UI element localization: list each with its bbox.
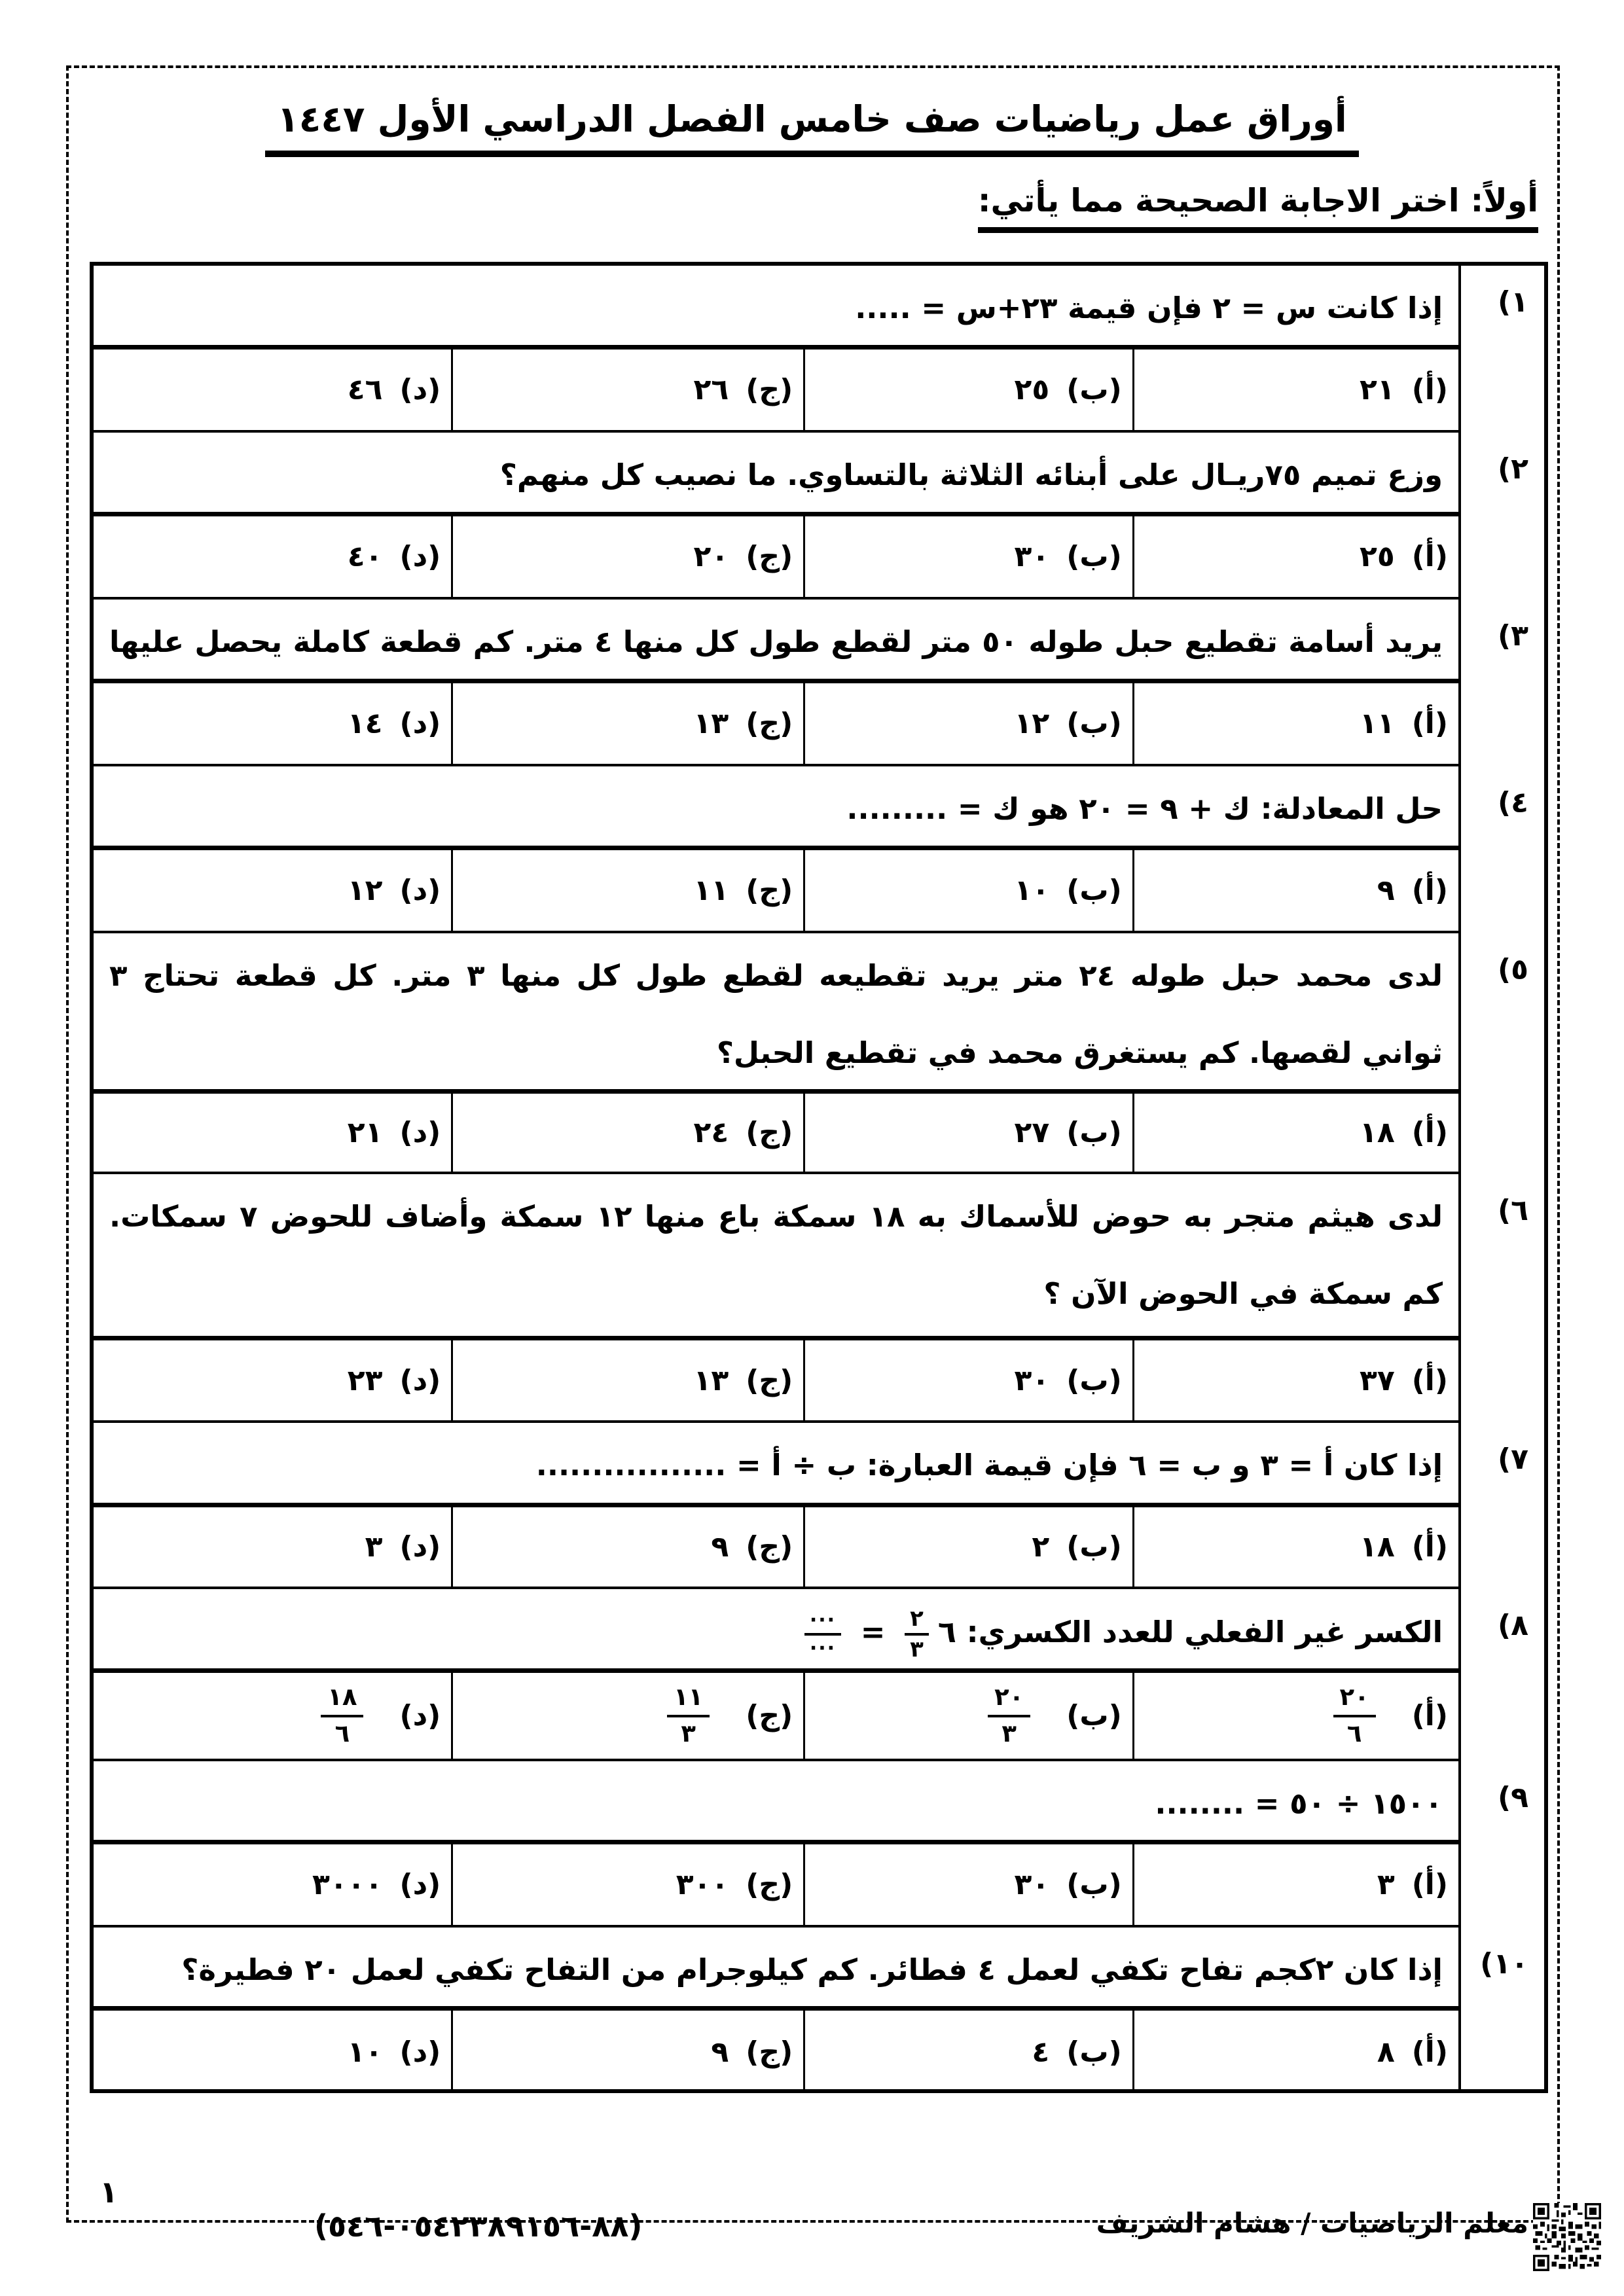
option-label: (ب) xyxy=(1066,1699,1121,1732)
option-a: (أ)١١ xyxy=(1132,683,1458,764)
options-row: (أ)٢٠٦ (ب)٢٠٣ (ج)١١٣ (د)١٨٦ xyxy=(94,1673,1458,1761)
option-c: (ج)١٣ xyxy=(451,1340,803,1420)
question-text: لدى محمد حبل طوله ٢٤ متر يريد تقطيعه لقط… xyxy=(94,933,1458,1094)
option-a: (أ)٣ xyxy=(1132,1844,1458,1925)
question-text: إذا كان ٢كجم تفاح تكفي لعمل ٤ فطائر. كم … xyxy=(94,1928,1458,2011)
option-value: ٣٠٠٠ xyxy=(312,1868,382,1901)
question-text: حل المعادلة: ك + ٩ = ٢٠ هو ك = ......... xyxy=(94,766,1458,850)
option-b: (ب)٣٠ xyxy=(803,1340,1132,1420)
page-number: ١ xyxy=(99,2174,118,2210)
footer-teacher: معلم الرياضيات / هشام الشريف xyxy=(1096,2207,1528,2239)
question-number: ٩) xyxy=(1498,1781,1528,1814)
options-row: (أ)١٨ (ب)٢٧ (ج)٢٤ (د)٢١ xyxy=(94,1094,1458,1174)
option-label: (ج) xyxy=(746,1364,793,1397)
option-d: (د)٣ xyxy=(94,1507,451,1587)
option-a: (أ)٩ xyxy=(1132,850,1458,931)
option-label: (د) xyxy=(399,1699,441,1732)
mixed-number-fraction: ٢٣ xyxy=(905,1607,929,1662)
option-label: (ج) xyxy=(746,874,793,907)
option-label: (ج) xyxy=(746,1868,793,1901)
question-text: يريد أسامة تقطيع حبل طوله ٥٠ متر لقطع طو… xyxy=(94,600,1458,683)
option-b: (ب)١٢ xyxy=(803,683,1132,764)
question-block-2: وزع تميم ٧٥ريـال على أبنائه الثلاثة بالت… xyxy=(94,433,1458,600)
option-label: (أ) xyxy=(1412,874,1448,907)
question-number: ٢) xyxy=(1498,452,1528,486)
question-number: ٧) xyxy=(1498,1443,1528,1476)
option-c: (ج)٩ xyxy=(451,2011,803,2093)
option-label: (ج) xyxy=(746,373,793,406)
option-label: (ب) xyxy=(1066,2036,1121,2069)
option-value: ٩ xyxy=(1377,874,1395,907)
question-block-7: إذا كان أ = ٣ و ب = ٦ فإن قيمة العبارة: … xyxy=(94,1423,1458,1589)
options-row: (أ)٢٥ (ب)٣٠ (ج)٢٠ (د)٤٠ xyxy=(94,516,1458,600)
option-fraction: ٢٠٣ xyxy=(988,1683,1030,1748)
option-a: (أ)١٨ xyxy=(1132,1507,1458,1587)
option-label: (ب) xyxy=(1066,1364,1121,1397)
option-value: ٢١ xyxy=(348,1116,383,1149)
option-value: ٢٠ xyxy=(694,540,729,573)
options-row: (أ)٨ (ب)٤ (ج)٩ (د)١٠ xyxy=(94,2011,1458,2093)
page-title: أوراق عمل رياضيات صف خامس الفصل الدراسي … xyxy=(265,98,1359,157)
footer-phone: (٥٤٦-٠٥٤٢٣٨٩١٥٦-٨٨) xyxy=(314,2208,642,2244)
option-value: ٢ xyxy=(1032,1530,1049,1564)
option-label: (أ) xyxy=(1412,1364,1448,1397)
question-text-part: الكسر غير الفعلي للعدد الكسري: xyxy=(967,1615,1443,1649)
question-block-8: الكسر غير الفعلي للعدد الكسري: ٦٢٣ = ···… xyxy=(94,1589,1458,1761)
option-c: (ج)١٣ xyxy=(451,683,803,764)
option-label: (ج) xyxy=(746,1530,793,1564)
option-label: (ب) xyxy=(1066,540,1121,573)
option-d: (د)١٨٦ xyxy=(94,1673,451,1759)
options-row: (أ)١٨ (ب)٢ (ج)٩ (د)٣ xyxy=(94,1507,1458,1589)
question-text: لدى هيثم متجر به حوض للأسماك به ١٨ سمكة … xyxy=(94,1174,1458,1340)
option-d: (د)١٠ xyxy=(94,2011,451,2093)
option-value: ٢٥ xyxy=(1015,373,1050,406)
option-a: (أ)٨ xyxy=(1132,2011,1458,2093)
option-value: ٢٣ xyxy=(348,1364,383,1397)
options-row: (أ)٣٧ (ب)٣٠ (ج)١٣ (د)٢٣ xyxy=(94,1340,1458,1423)
option-value: ١٤ xyxy=(348,707,383,740)
option-c: (ج)١١٣ xyxy=(451,1673,803,1759)
question-number-column: ١) ٢) ٣) ٤) ٥) ٦) ٧) ٨) ٩) ١٠) xyxy=(1461,266,1544,2089)
option-c: (ج)٢٦ xyxy=(451,350,803,430)
option-label: (أ) xyxy=(1412,1699,1448,1732)
option-label: (د) xyxy=(399,2036,441,2069)
option-label: (ب) xyxy=(1066,1530,1121,1564)
option-value: ٣٠٠ xyxy=(676,1868,729,1901)
option-label: (د) xyxy=(399,707,441,740)
question-number: ١٠) xyxy=(1480,1947,1528,1981)
equals-sign: = xyxy=(861,1615,886,1649)
option-label: (ج) xyxy=(746,1116,793,1149)
option-a: (أ)١٨ xyxy=(1132,1094,1458,1172)
questions-content: إذا كانت س = ٢ فإن قيمة ٢٣+س = ..... (أ)… xyxy=(94,266,1461,2089)
option-a: (أ)٢١ xyxy=(1132,350,1458,430)
option-value: ٤ xyxy=(1032,2036,1049,2069)
question-text: إذا كان أ = ٣ و ب = ٦ فإن قيمة العبارة: … xyxy=(94,1423,1458,1507)
option-value: ٣٧ xyxy=(1360,1364,1395,1397)
option-label: (أ) xyxy=(1412,2036,1448,2069)
option-label: (ج) xyxy=(746,1699,793,1732)
option-fraction: ١٨٦ xyxy=(321,1683,363,1748)
option-label: (د) xyxy=(399,1116,441,1149)
option-value: ١٨ xyxy=(1360,1530,1395,1564)
option-label: (د) xyxy=(399,874,441,907)
option-value: ٣ xyxy=(365,1530,383,1564)
question-number: ٥) xyxy=(1498,953,1528,986)
option-value: ٢٧ xyxy=(1015,1116,1050,1149)
worksheet-page: { "page": { "title": "أوراق عمل رياضيات … xyxy=(0,0,1624,2296)
option-a: (أ)٣٧ xyxy=(1132,1340,1458,1420)
option-label: (أ) xyxy=(1412,1868,1448,1901)
option-label: (د) xyxy=(399,540,441,573)
question-number: ٨) xyxy=(1498,1609,1528,1642)
option-label: (د) xyxy=(399,373,441,406)
options-row: (أ)٢١ (ب)٢٥ (ج)٢٦ (د)٤٦ xyxy=(94,350,1458,433)
option-d: (د)١٢ xyxy=(94,850,451,931)
option-c: (ج)١١ xyxy=(451,850,803,931)
option-value: ٨ xyxy=(1377,2036,1395,2069)
option-label: (ج) xyxy=(746,707,793,740)
option-label: (ب) xyxy=(1066,874,1121,907)
question-number: ٤) xyxy=(1498,786,1528,819)
option-value: ٤٠ xyxy=(348,540,383,573)
question-text: ١٥٠٠ ÷ ٥٠ = ........ xyxy=(94,1761,1458,1844)
question-number: ١) xyxy=(1498,285,1528,319)
option-label: (ج) xyxy=(746,2036,793,2069)
option-label: (أ) xyxy=(1412,707,1448,740)
option-d: (د)٤٦ xyxy=(94,350,451,430)
option-b: (ب)٣٠ xyxy=(803,516,1132,597)
question-block-5: لدى محمد حبل طوله ٢٤ متر يريد تقطيعه لقط… xyxy=(94,933,1458,1174)
option-fraction: ٢٠٦ xyxy=(1333,1683,1376,1748)
option-label: (ب) xyxy=(1066,1868,1121,1901)
option-value: ١١ xyxy=(694,874,729,907)
option-b: (ب)١٠ xyxy=(803,850,1132,931)
option-value: ٣٠ xyxy=(1015,1364,1050,1397)
option-value: ١٠ xyxy=(1015,874,1050,907)
questions-table: إذا كانت س = ٢ فإن قيمة ٢٣+س = ..... (أ)… xyxy=(90,262,1548,2093)
option-label: (أ) xyxy=(1412,1530,1448,1564)
option-fraction: ١١٣ xyxy=(667,1683,710,1748)
question-number: ٣) xyxy=(1498,619,1528,653)
option-value: ١٨ xyxy=(1360,1116,1395,1149)
blank-fraction: ······ xyxy=(804,1609,841,1659)
option-label: (د) xyxy=(399,1868,441,1901)
option-label: (ج) xyxy=(746,540,793,573)
option-a: (أ)٢٥ xyxy=(1132,516,1458,597)
option-d: (د)٢١ xyxy=(94,1094,451,1172)
question-block-6: لدى هيثم متجر به حوض للأسماك به ١٨ سمكة … xyxy=(94,1174,1458,1423)
option-value: ٢٦ xyxy=(694,373,729,406)
option-label: (د) xyxy=(399,1530,441,1564)
option-value: ٢٥ xyxy=(1360,540,1395,573)
qr-code xyxy=(1533,2203,1601,2271)
option-b: (ب)٢٥ xyxy=(803,350,1132,430)
option-value: ٣٠ xyxy=(1015,540,1050,573)
option-c: (ج)٣٠٠ xyxy=(451,1844,803,1925)
options-row: (أ)٩ (ب)١٠ (ج)١١ (د)١٢ xyxy=(94,850,1458,933)
option-value: ١٣ xyxy=(694,707,729,740)
option-value: ١١ xyxy=(1360,707,1395,740)
option-value: ١٠ xyxy=(348,2036,383,2069)
option-value: ٩ xyxy=(711,2036,729,2069)
option-b: (ب)٢ xyxy=(803,1507,1132,1587)
option-label: (ب) xyxy=(1066,373,1121,406)
option-a: (أ)٢٠٦ xyxy=(1132,1673,1458,1759)
option-value: ١٢ xyxy=(348,874,383,907)
option-value: ٢١ xyxy=(1360,373,1395,406)
option-d: (د)٤٠ xyxy=(94,516,451,597)
option-c: (ج)٢٠ xyxy=(451,516,803,597)
option-label: (د) xyxy=(399,1364,441,1397)
option-label: (أ) xyxy=(1412,1116,1448,1149)
option-c: (ج)٢٤ xyxy=(451,1094,803,1172)
question-number: ٦) xyxy=(1498,1194,1528,1227)
option-d: (د)٣٠٠٠ xyxy=(94,1844,451,1925)
option-value: ٣ xyxy=(1377,1868,1395,1901)
question-block-9: ١٥٠٠ ÷ ٥٠ = ........ (أ)٣ (ب)٣٠ (ج)٣٠٠ (… xyxy=(94,1761,1458,1928)
option-label: (أ) xyxy=(1412,373,1448,406)
option-b: (ب)٢٠٣ xyxy=(803,1673,1132,1759)
question-text: الكسر غير الفعلي للعدد الكسري: ٦٢٣ = ···… xyxy=(94,1589,1458,1673)
question-text: وزع تميم ٧٥ريـال على أبنائه الثلاثة بالت… xyxy=(94,433,1458,516)
question-block-3: يريد أسامة تقطيع حبل طوله ٥٠ متر لقطع طو… xyxy=(94,600,1458,766)
option-value: ١٣ xyxy=(694,1364,729,1397)
option-label: (أ) xyxy=(1412,540,1448,573)
section-heading: أولاً: اختر الاجابة الصحيحة مما يأتي: xyxy=(978,182,1538,233)
option-b: (ب)٣٠ xyxy=(803,1844,1132,1925)
option-value: ١٢ xyxy=(1015,707,1050,740)
options-row: (أ)٣ (ب)٣٠ (ج)٣٠٠ (د)٣٠٠٠ xyxy=(94,1844,1458,1928)
question-block-10: إذا كان ٢كجم تفاح تكفي لعمل ٤ فطائر. كم … xyxy=(94,1928,1458,2093)
option-d: (د)١٤ xyxy=(94,683,451,764)
title-wrap: أوراق عمل رياضيات صف خامس الفصل الدراسي … xyxy=(0,98,1624,157)
question-text: إذا كانت س = ٢ فإن قيمة ٢٣+س = ..... xyxy=(94,266,1458,350)
option-d: (د)٢٣ xyxy=(94,1340,451,1420)
options-row: (أ)١١ (ب)١٢ (ج)١٣ (د)١٤ xyxy=(94,683,1458,766)
option-value: ٢٤ xyxy=(694,1116,729,1149)
option-label: (ب) xyxy=(1066,1116,1121,1149)
option-value: ٤٦ xyxy=(348,373,383,406)
option-value: ٣٠ xyxy=(1015,1868,1050,1901)
option-b: (ب)٢٧ xyxy=(803,1094,1132,1172)
option-b: (ب)٤ xyxy=(803,2011,1132,2093)
option-c: (ج)٩ xyxy=(451,1507,803,1587)
question-block-1: إذا كانت س = ٢ فإن قيمة ٢٣+س = ..... (أ)… xyxy=(94,266,1458,433)
mixed-number-whole: ٦ xyxy=(938,1614,956,1649)
option-value: ٩ xyxy=(711,1530,729,1564)
option-label: (ب) xyxy=(1066,707,1121,740)
question-block-4: حل المعادلة: ك + ٩ = ٢٠ هو ك = .........… xyxy=(94,766,1458,933)
